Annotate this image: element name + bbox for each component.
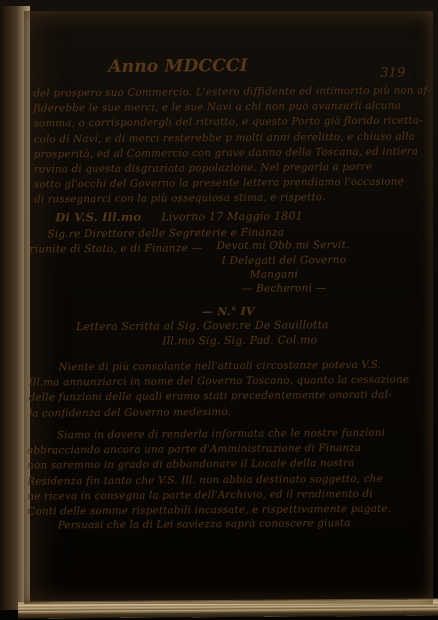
signature-name: — Becheroni — xyxy=(242,282,327,295)
manuscript-line: di rassegnarci con la più ossequiosa sti… xyxy=(34,190,434,208)
letter-paragraph: Siamo in dovere di renderla informata ch… xyxy=(27,425,436,519)
year-heading: Anno MDCCCI xyxy=(58,55,298,77)
addressee-line: riunite di Stato, e di Finanze — xyxy=(29,242,202,255)
manuscript-line: la confidenza del Governo medesimo. xyxy=(29,403,435,421)
manuscript-line: Residenza fin tanto che V.S. Ill. non ab… xyxy=(27,471,435,489)
folio-number: 319 xyxy=(380,66,406,81)
letter-title-line: Lettera Scritta al Sig. Gover.re De Saui… xyxy=(76,318,329,333)
manuscript-line: delle funzioni delle quali eramo stati p… xyxy=(29,388,435,406)
place-date-line: Livorno 17 Maggio 1801 xyxy=(161,209,303,223)
closing-line: Persuasi che la di Lei saviezza saprà co… xyxy=(58,517,351,531)
letter-paragraph: Niente di più consolante nell'attuali ci… xyxy=(28,357,434,421)
manuscript-text-layer: Anno MDCCCI 319 del prospero suo Commerc… xyxy=(22,9,436,605)
signature-name: Mangani xyxy=(250,268,298,280)
manuscript-line: prosperità, ed al Commercio con grave da… xyxy=(34,144,434,162)
opening-paragraph: del prospero suo Commercio. L'estero dif… xyxy=(33,83,434,208)
salutation-abbrev: Di V.S. Ill.mo xyxy=(55,210,141,225)
signature-title: I Delegati del Governo xyxy=(222,254,347,267)
letter-title-line: Ill.mo Sig. Sig. Pad. Col.mo xyxy=(162,333,317,347)
manuscript-scan: Anno MDCCCI 319 del prospero suo Commerc… xyxy=(0,0,438,620)
addressee-line: Sig.re Direttore delle Segreterie e Fina… xyxy=(47,227,284,241)
signature-valediction: Devot.mi Obb.mi Servit. xyxy=(216,239,349,252)
manuscript-page: Anno MDCCCI 319 del prospero suo Commerc… xyxy=(24,11,433,604)
section-number: — N.° IV xyxy=(202,305,255,318)
